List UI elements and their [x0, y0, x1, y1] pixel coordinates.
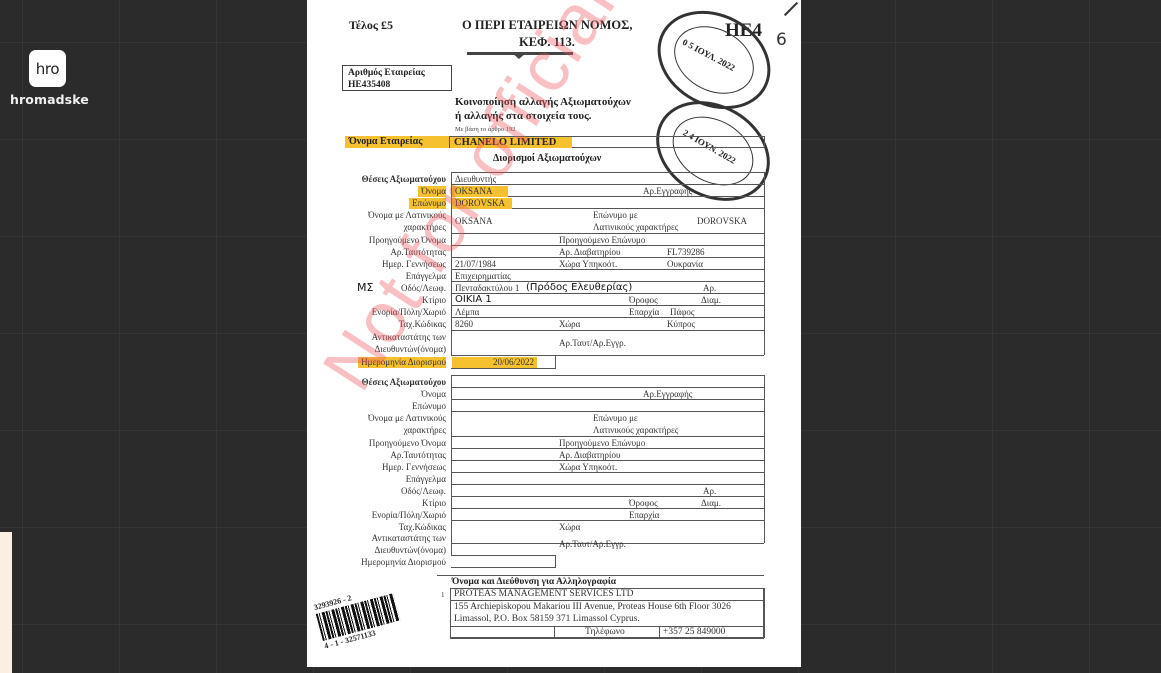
officer1-building: ΟΙΚΙΑ 1	[455, 294, 492, 305]
correspondence-name: PROTEAS MANAGEMENT SERVICES LTD	[454, 589, 634, 600]
correspondence-address-2: Limassol, P.O. Box 58159 371 Limassol Cy…	[454, 614, 640, 625]
logo-wordmark: hromadske	[10, 92, 85, 107]
officer1-district: Πάφος	[670, 307, 694, 318]
officer1-district-label: Επαρχία	[629, 307, 659, 318]
company-name-label: Όνομα Εταιρείας	[345, 136, 449, 148]
officer1-occupation-label: Επάγγελμα	[406, 271, 446, 282]
barcode-label: 3293926 - 2 4 - 1 - 32571133	[313, 583, 405, 660]
officer2-latin-name-label-2: χαρακτήρες	[404, 425, 446, 436]
officer1-previous-surname-label: Προηγούμενο Επώνυμο	[559, 235, 645, 246]
officer1-appointment-label: Ημερομηνία Διορισμού	[358, 357, 446, 368]
officer2-alternate-label-1: Αντικαταστάτης των	[372, 533, 446, 544]
officer1-building-label: Κτίριο	[422, 295, 446, 306]
officer1-latin-first-name: OKSANA	[455, 216, 493, 227]
officer2-street-label: Οδός/Λεωφ.	[401, 486, 446, 497]
officer1-first-name: OKSANA	[452, 186, 508, 197]
officer1-apartment-label: Διαμ.	[701, 295, 721, 306]
logo-mark: hro	[29, 50, 66, 87]
officer2-alternate-label-2: Διευθυντών(όνομα)	[375, 545, 447, 556]
officer1-country: Κύπρος	[667, 319, 695, 330]
company-number: HE435408	[348, 79, 446, 91]
officer1-nationality-label: Χώρα Υπηκοότ.	[559, 259, 617, 270]
officer1-street: Πενταδακτύλου 1	[455, 283, 519, 294]
officer1-postal-label: Ταχ.Κώδικας	[399, 319, 446, 330]
officer1-first-name-label: Όνομα	[418, 186, 446, 197]
correspondence-heading: Όνομα και Διεύθυνση για Αλληλογραφία	[452, 577, 616, 587]
officer2-previous-name-label: Προηγούμενο Όνομα	[369, 438, 446, 449]
officer2-nationality-label: Χώρα Υπηκοότ.	[559, 462, 617, 473]
registrar-stamp-2: 2 4 ΙΟΥΝ. 2022	[638, 81, 788, 221]
officer2-apartment-label: Διαμ.	[701, 498, 721, 509]
officer1-birth-date: 21/07/1984	[455, 259, 496, 270]
officer1-position-label: Θέσεις Αξιωματούχου	[362, 174, 446, 185]
side-panel-edge	[0, 532, 12, 673]
officer2-birth-label: Ημερ. Γεννήσεως	[382, 462, 446, 473]
officer2-latin-name-label-1: Όνομα με Λατινικούς	[368, 413, 446, 424]
officer1-latin-surname: DOROVSKA	[697, 216, 747, 227]
officer1-surname: DOROVSKA	[452, 198, 512, 209]
officer1-occupation: Επιχειρηματίας	[455, 271, 511, 282]
margin-note: ΜΣ	[357, 282, 373, 293]
officer1-street-handwritten: (Πρόδος Ελευθερίας)	[526, 282, 632, 293]
officer2-number-label: Αρ.	[703, 486, 716, 497]
officer1-alternate-label-2: Διευθυντών(όνομα)	[375, 344, 447, 355]
officer2-first-name-label: Όνομα	[421, 389, 446, 400]
company-number-label: Αριθμός Εταιρείας	[348, 67, 446, 79]
officer1-latin-name-label-2: χαρακτήρες	[404, 222, 446, 233]
officer1-id-label: Αρ.Ταυτότητας	[390, 247, 446, 258]
correspondence-address-1: 155 Archiepiskopou Makariou III Avenue, …	[454, 602, 731, 613]
officer2-postal-label: Ταχ.Κώδικας	[399, 522, 446, 533]
officer2-passport-label: Αρ. Διαβατηρίου	[559, 450, 620, 461]
officer2-building-label: Κτίριο	[422, 498, 446, 509]
officer2-occupation-label: Επάγγελμα	[406, 474, 446, 485]
phone-label: Τηλέφωνο	[585, 627, 625, 638]
officer1-birth-label: Ημερ. Γεννήσεως	[382, 259, 446, 270]
correspondence-row-marker: 1	[441, 590, 445, 601]
officer2-appointment-label: Ημερομηνία Διορισμού	[361, 557, 446, 568]
officer2-country-label: Χώρα	[559, 522, 580, 533]
officer2-latin-surname-label-1: Επώνυμο με	[593, 413, 638, 424]
officer2-id-label: Αρ.Ταυτότητας	[390, 450, 446, 461]
officer1-street-label: Οδός/Λεωφ.	[401, 283, 446, 294]
officer2-previous-surname-label: Προηγούμενο Επώνυμο	[559, 438, 645, 449]
law-title: Ο ΠΕΡΙ ΕΤΑΙΡΕΙΩΝ ΝΟΜΟΣ,	[462, 18, 632, 33]
officer2-alt-id-label: Αρ.Ταυτ/Αρ.Εγγρ.	[559, 539, 626, 550]
officer1-latin-surname-label-2: Λατινικούς χαρακτήρες	[593, 222, 678, 233]
notice-legal-basis: Με βάση το άρθρο 192	[455, 126, 516, 133]
officer1-latin-name-label-1: Όνομα με Λατινικούς	[368, 210, 446, 221]
officer1-alternate-label-1: Αντικαταστάτης των	[372, 332, 446, 343]
handwritten-check-icon	[784, 2, 798, 16]
title-ornament-icon	[512, 53, 526, 59]
phone-number: +357 25 849000	[663, 627, 725, 638]
officer1-floor-label: Όροφος	[629, 295, 658, 306]
officer2-reg-label: Αρ.Εγγραφής	[643, 389, 692, 400]
officer1-nationality: Ουκρανία	[667, 259, 703, 270]
officer1-surname-label: Επώνυμο	[409, 198, 446, 209]
officer1-passport-label: Αρ. Διαβατηρίου	[559, 247, 620, 258]
handwritten-mark: 6	[776, 30, 787, 50]
officer1-country-label: Χώρα	[559, 319, 580, 330]
officer1-alt-id-label: Αρ.Ταυτ/Αρ.Εγγρ.	[559, 338, 626, 349]
company-number-box: Αριθμός Εταιρείας HE435408	[342, 65, 452, 91]
company-name: CHANELO LIMITED	[450, 137, 572, 148]
officer1-previous-name-label: Προηγούμενο Όνομα	[369, 235, 446, 246]
officer1-latin-surname-label-1: Επώνυμο με	[593, 210, 638, 221]
officer2-latin-surname-label-2: Λατινικούς χαρακτήρες	[593, 425, 678, 436]
appointments-heading: Διορισμοί Αξιωματούχων	[493, 153, 601, 164]
fee-label: Τέλος £5	[349, 18, 393, 33]
notice-title-line1: Κοινοποίηση αλλαγής Αξιωματούχων	[455, 96, 631, 108]
officer1-position: Διευθυντής	[455, 174, 496, 185]
officer1-parish: Λέμπα	[455, 307, 479, 318]
officer2-surname-label: Επώνυμο	[412, 401, 446, 412]
hromadske-logo: hro hromadske	[10, 50, 85, 107]
officer1-reg-label: Αρ.Εγγραφής	[643, 186, 692, 197]
notice-title-line2: ή αλλαγής στα στοιχεία τους.	[455, 110, 592, 122]
officer2-position-label: Θέσεις Αξιωματούχου	[362, 377, 446, 388]
officer1-appointment-date: 20/06/2022	[452, 357, 537, 368]
officer1-passport: FL739286	[667, 247, 705, 258]
officer1-postal-code: 8260	[455, 319, 473, 330]
officer1-number-label: Αρ.	[703, 283, 716, 294]
officer2-floor-label: Όροφος	[629, 498, 658, 509]
officer2-parish-label: Ενορία/Πόλη/Χωριό	[372, 510, 446, 521]
law-chapter: ΚΕΦ. 113.	[519, 35, 575, 50]
officer1-parish-label: Ενορία/Πόλη/Χωριό	[372, 307, 446, 318]
officer2-district-label: Επαρχία	[629, 510, 659, 521]
scanned-document: Τέλος £5 Ο ΠΕΡΙ ΕΤΑΙΡΕΙΩΝ ΝΟΜΟΣ, ΚΕΦ. 11…	[307, 0, 801, 667]
